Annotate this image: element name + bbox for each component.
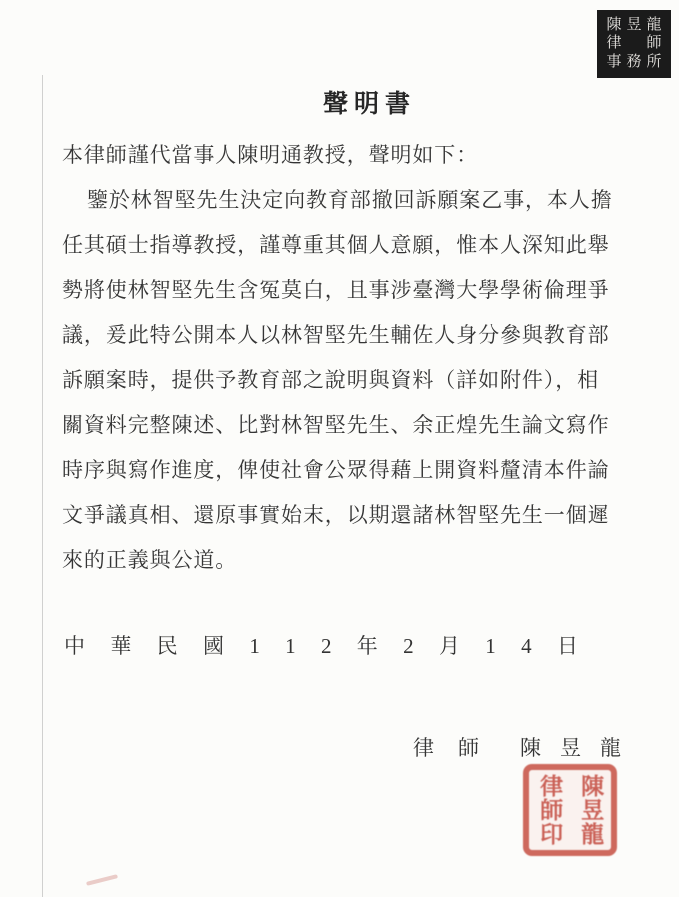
letterhead-char: 事	[606, 55, 621, 70]
date-char: 2	[321, 632, 332, 660]
date-char: 華	[110, 632, 131, 660]
date-char: 年	[357, 632, 378, 660]
date-char: 2	[403, 632, 414, 660]
ink-smudge-mark	[86, 874, 118, 886]
date-char: 1	[485, 632, 496, 660]
law-firm-letterhead-stamp: 陳 昱 龍 律 師 事 務 所	[597, 10, 671, 78]
letterhead-char: 所	[646, 55, 661, 70]
letterhead-char: 務	[626, 55, 641, 70]
letterhead-char: 律	[606, 36, 621, 51]
body-line: 任其碩士指導教授，謹尊重其個人意願，惟本人深知此舉	[62, 223, 637, 268]
letterhead-char: 昱	[626, 18, 641, 33]
date-char: 月	[439, 632, 460, 660]
document-date: 中 華 民 國 1 1 2 年 2 月 1 4 日	[64, 632, 578, 660]
body-line: 鑒於林智堅先生決定向教育部撤回訴願案乙事，本人擔	[62, 178, 637, 223]
red-seal-stamp-icon: 陳昱龍 律師印	[523, 764, 617, 856]
date-char: 4	[521, 632, 532, 660]
signature-role-label: 律師	[413, 732, 503, 762]
body-line: 文爭議真相、還原事實始末，以期還諸林智堅先生一個遲	[62, 493, 637, 538]
body-line: 訴願案時，提供予教育部之說明與資料（詳如附件），相	[62, 358, 637, 403]
body-line: 時序與寫作進度，俾使社會公眾得藉上開資料釐清本件論	[62, 448, 637, 493]
seal-text-column: 律師印	[537, 774, 562, 846]
date-char: 1	[285, 632, 296, 660]
body-line: 勢將使林智堅先生含冤莫白，且事涉臺灣大學學術倫理爭	[62, 268, 637, 313]
scanned-declaration-page: 陳 昱 龍 律 師 事 務 所 聲明書 本律師謹代當事人陳明通教授，聲明如下： …	[0, 0, 679, 897]
body-line: 來的正義與公道。	[62, 538, 637, 583]
date-char: 日	[557, 632, 578, 660]
body-line: 關資料完整陳述、比對林智堅先生、余正煌先生論文寫作	[62, 403, 637, 448]
letterhead-char: 師	[646, 36, 661, 51]
scan-edge-line	[42, 75, 43, 897]
date-char: 中	[64, 632, 85, 660]
document-title: 聲明書	[323, 84, 416, 120]
letterhead-char: 龍	[646, 18, 661, 33]
document-body: 本律師謹代當事人陳明通教授，聲明如下： 鑒於林智堅先生決定向教育部撤回訴願案乙事…	[62, 133, 637, 583]
body-line: 議，爰此特公開本人以林智堅先生輔佐人身分參與教育部	[62, 313, 637, 358]
letterhead-char: 陳	[606, 18, 621, 33]
date-char: 民	[157, 632, 178, 660]
date-char: 國	[203, 632, 224, 660]
seal-text-column: 陳昱龍	[578, 774, 603, 846]
signature-name: 陳昱龍	[520, 732, 640, 762]
date-char: 1	[249, 632, 260, 660]
body-line: 本律師謹代當事人陳明通教授，聲明如下：	[62, 133, 637, 178]
